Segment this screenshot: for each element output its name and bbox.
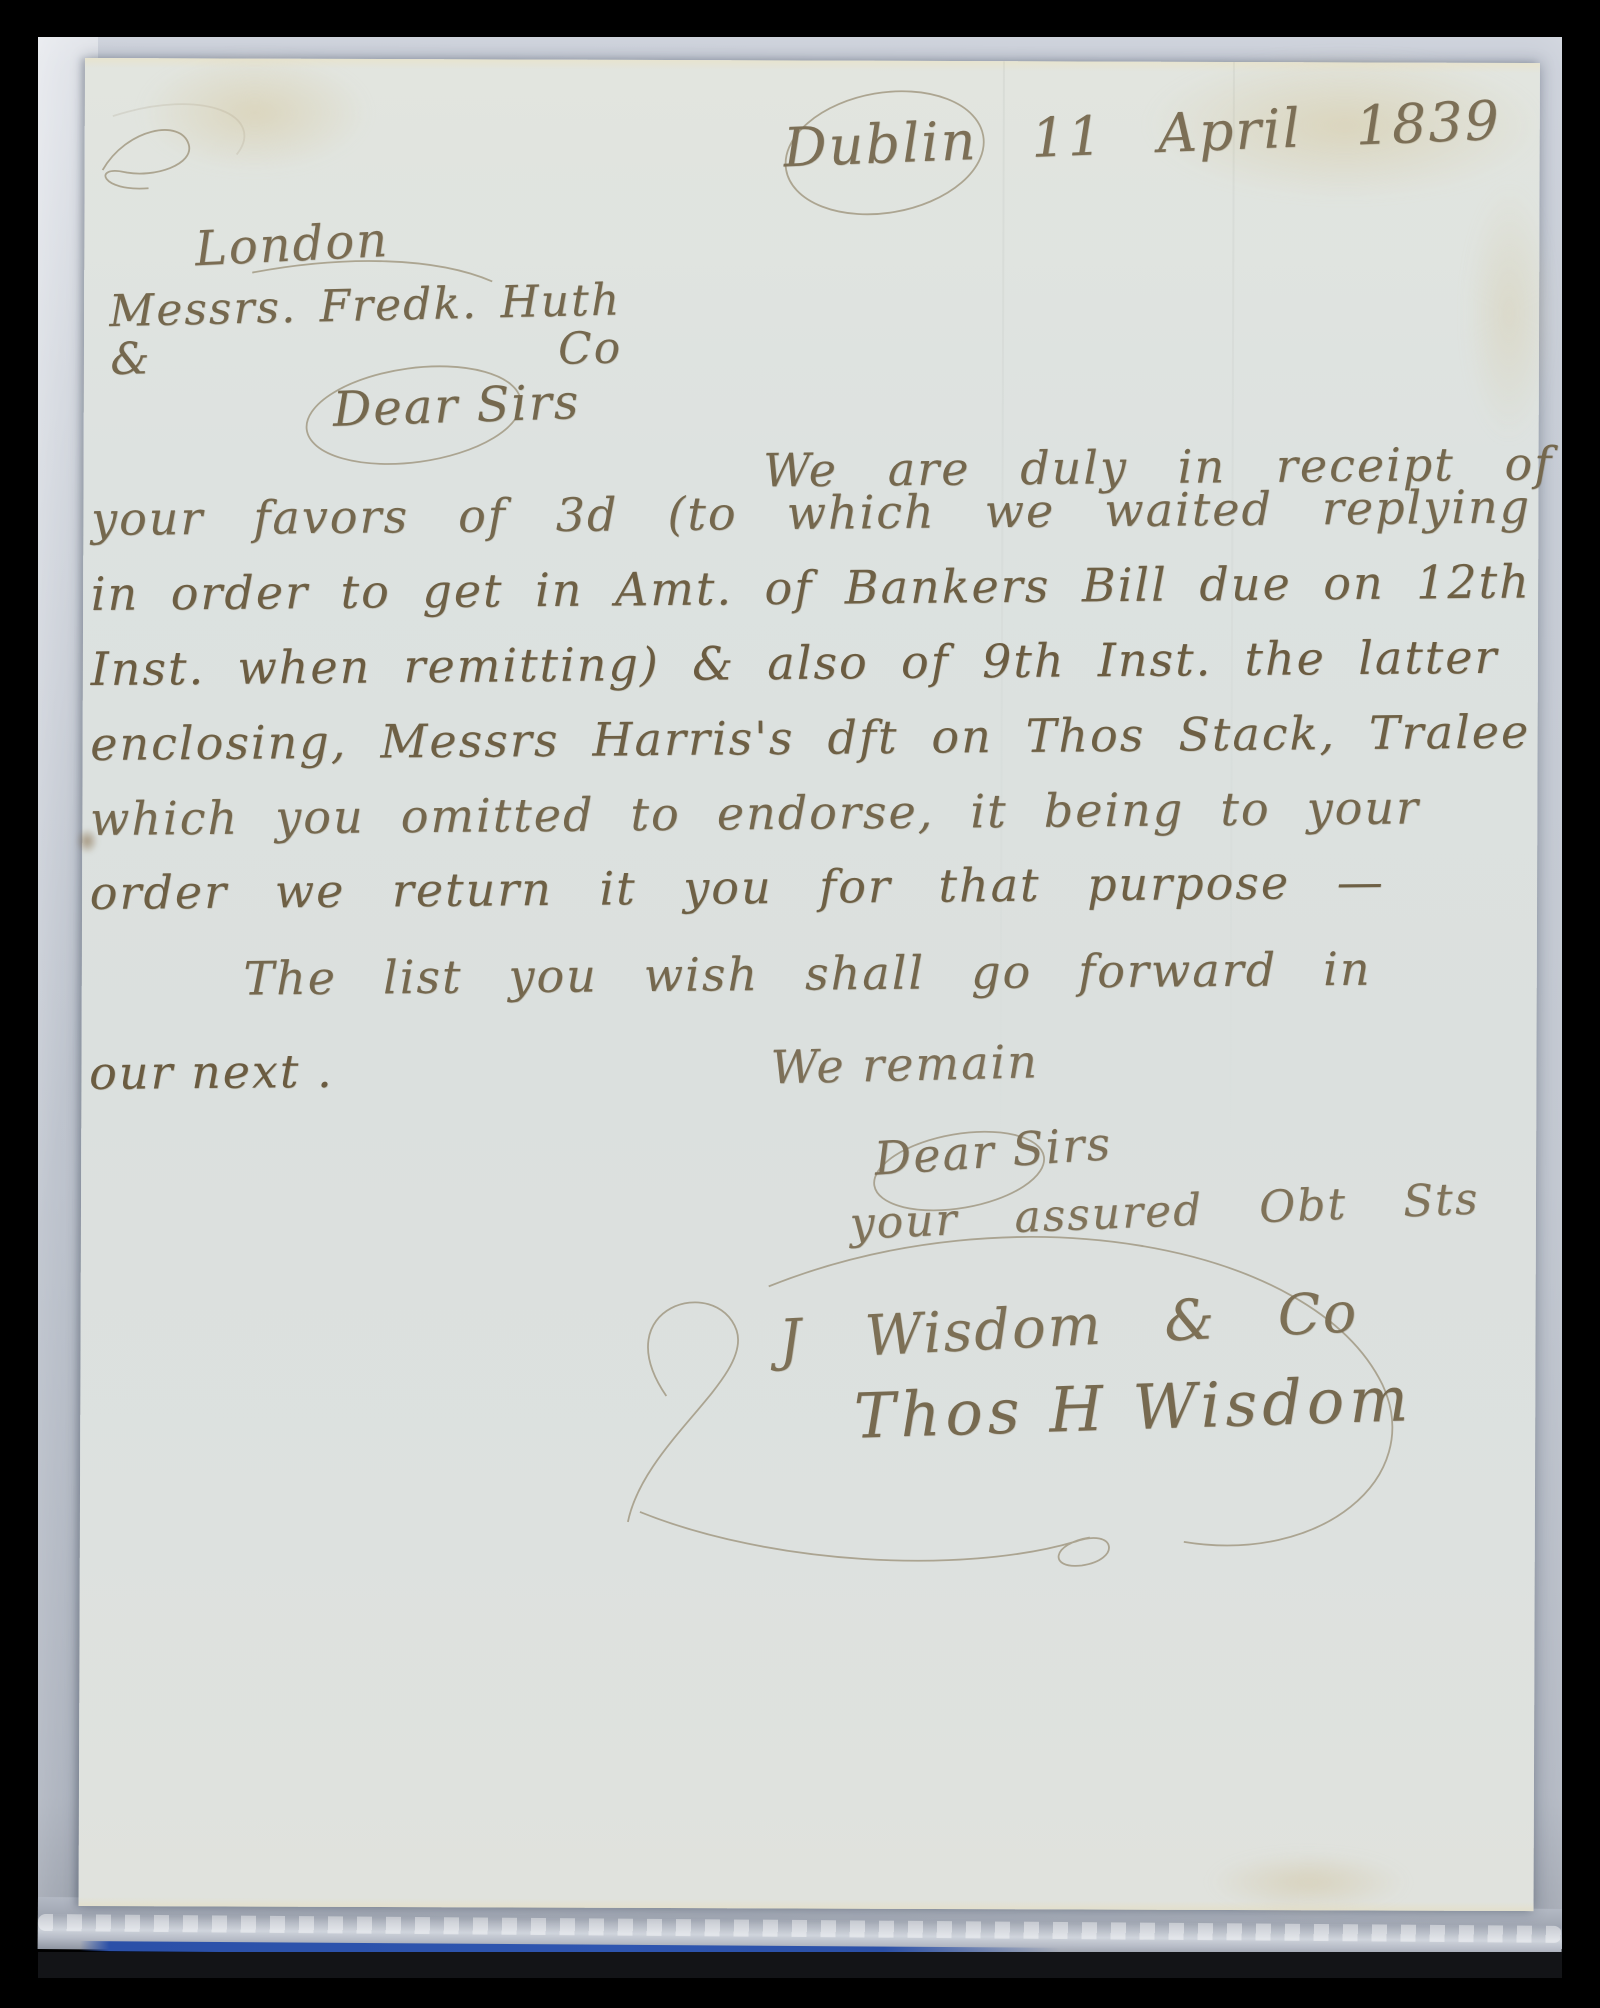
felt-backing (38, 1952, 1562, 1978)
closing-assurance: your assured Obt Sts (849, 1175, 1480, 1249)
signature-firm: J Wisdom & Co (777, 1282, 1359, 1372)
closing-dear-sirs: Dear Sirs (873, 1118, 1114, 1184)
body-line: which you omitted to endorse, it being t… (90, 782, 1420, 844)
closing-we-remain: We remain (770, 1036, 1039, 1093)
photo-background: Dublin 11 April 1839 London Messrs. Fred… (0, 0, 1600, 2008)
sleeve-weld-marks (38, 1914, 1562, 1943)
signature-underline-flourish (640, 1512, 1109, 1566)
signature-person: Thos H Wisdom (853, 1365, 1414, 1451)
address-recipient: Messrs. Fredk. Huth & Co (109, 277, 623, 385)
letter-sheet: Dublin 11 April 1839 London Messrs. Fred… (79, 58, 1540, 1911)
scanned-letter-photo: { "scan": { "colors": { "background": "#… (0, 0, 1600, 2008)
body-line: your favors of 3d (to which we waited re… (91, 481, 1531, 544)
salutation: Dear Sirs (332, 376, 581, 437)
body-line: The list you wish shall go forward in (243, 944, 1371, 1004)
stain-right-edge (1464, 183, 1555, 443)
signature-j-flourish (628, 1302, 738, 1522)
body-line: our next . (89, 1046, 344, 1099)
body-line: in order to get in Amt. of Bankers Bill … (91, 556, 1531, 619)
body-line: enclosing, Messrs Harris's dft on Thos S… (90, 706, 1530, 769)
stain-top-left (140, 52, 370, 173)
body-line: order we return it you for that purpose … (90, 857, 1385, 919)
body-line: Inst. when remitting) & also of 9th Inst… (90, 632, 1498, 695)
address-city: London (194, 214, 391, 276)
stain-bottom-right (1209, 1852, 1409, 1913)
